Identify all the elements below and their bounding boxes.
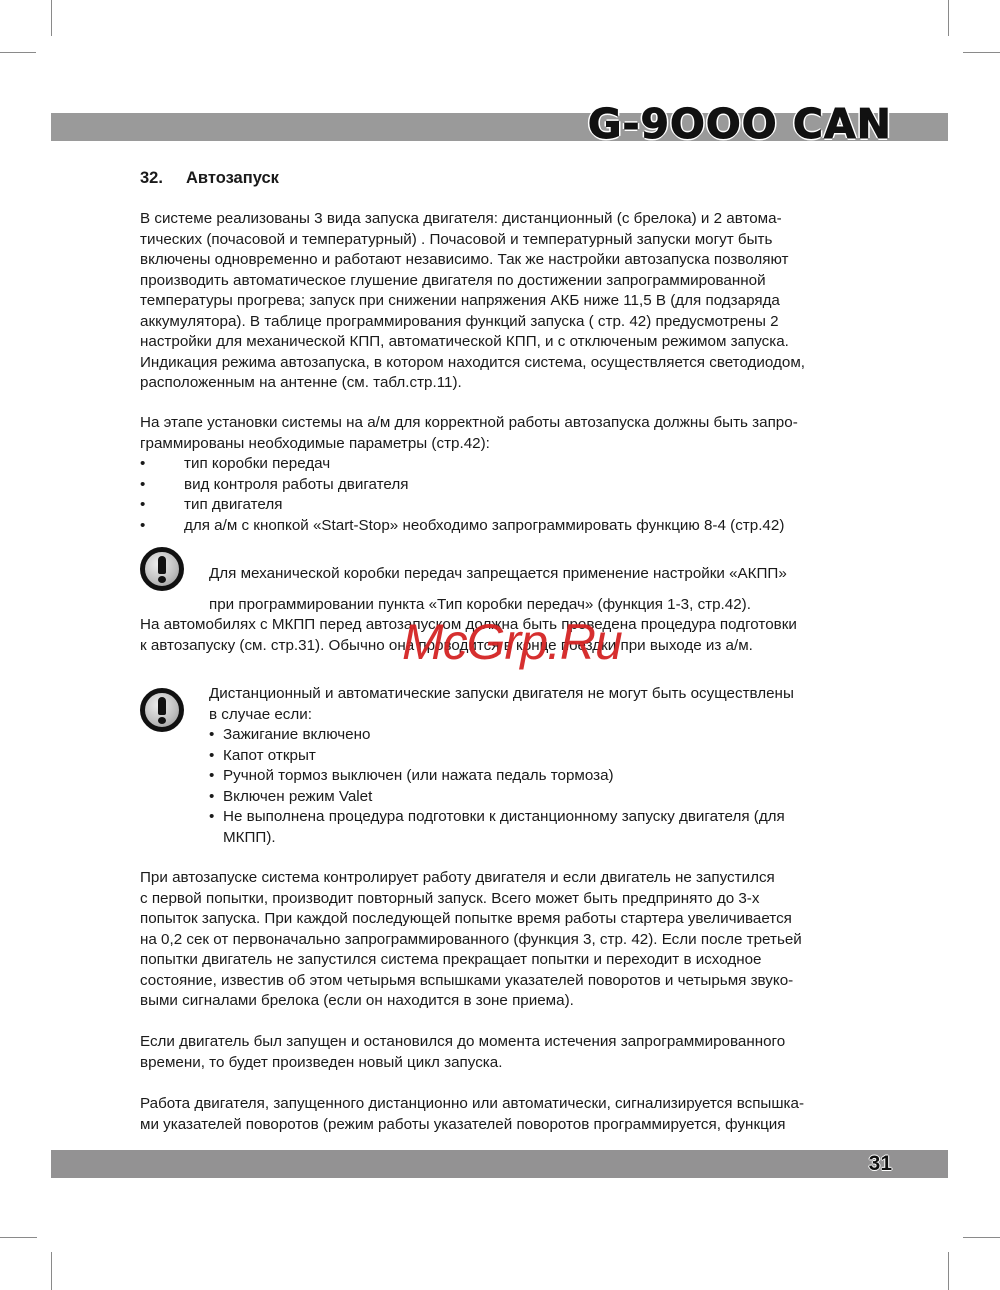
- list-item: •тип коробки передач: [140, 454, 784, 475]
- exclamation-warning-icon: [140, 547, 184, 591]
- warning-note: при программировании пункта «Тип коробки…: [209, 595, 751, 616]
- exclamation-warning-icon: [140, 688, 184, 732]
- install-params-list: •тип коробки передач •вид контроля работ…: [140, 454, 784, 536]
- warning-note: в случае если:: [209, 705, 312, 726]
- text-line: граммированы необходимые параметры (стр.…: [140, 434, 865, 455]
- bullet-icon: •: [140, 475, 184, 496]
- text-line: В системе реализованы 3 вида запуска дви…: [140, 209, 865, 230]
- list-item-text: Капот открыт: [223, 747, 316, 764]
- list-item-text: для а/м с кнопкой «Start-Stop» необходим…: [184, 517, 784, 534]
- watermark: McGrp.Ru: [402, 614, 622, 670]
- list-item-text: Ручной тормоз выключен (или нажата педал…: [223, 767, 614, 784]
- list-item: •для а/м с кнопкой «Start-Stop» необходи…: [140, 516, 784, 537]
- retry-paragraph: При автозапуске система контролирует раб…: [140, 868, 865, 1012]
- warning-note: Дистанционный и автоматические запуски д…: [209, 684, 794, 705]
- text-line: попытки двигатель не запустился система …: [140, 950, 865, 971]
- crop-mark: [948, 0, 949, 36]
- crop-mark: [51, 0, 52, 36]
- list-item-text: Зажигание включено: [223, 726, 370, 743]
- text-line: Если двигатель был запущен и остановился…: [140, 1032, 865, 1053]
- text-line: производить автоматическое глушение двиг…: [140, 271, 865, 292]
- crop-mark: [963, 1237, 1000, 1238]
- list-item-text: вид контроля работы двигателя: [184, 476, 408, 493]
- text-line: тических (почасовой и температурный) . П…: [140, 230, 865, 251]
- bullet-icon: •: [140, 516, 184, 537]
- text-line: аккумулятора). В таблице программировани…: [140, 312, 865, 333]
- list-item-text: тип коробки передач: [184, 455, 330, 472]
- text-line: выми сигналами брелока (если он находитс…: [140, 991, 865, 1012]
- text-line: ми указателей поворотов (режим работы ук…: [140, 1115, 865, 1136]
- text-line: температуры прогрева; запуск при снижени…: [140, 291, 865, 312]
- brand-title: G-9OOO CAN: [588, 100, 892, 148]
- text-line: При автозапуске система контролирует раб…: [140, 868, 865, 889]
- bullet-icon: •: [209, 766, 223, 787]
- bullet-icon: •: [140, 495, 184, 516]
- list-item-continuation: МКПП).: [209, 828, 785, 849]
- intro-paragraph: В системе реализованы 3 вида запуска дви…: [140, 209, 865, 394]
- section-title: Автозапуск: [186, 169, 279, 187]
- page-number: 31: [869, 1150, 892, 1178]
- text-line: попыток запуска. При каждой последующей …: [140, 909, 865, 930]
- crop-mark: [948, 1252, 949, 1290]
- section-number: 32.: [140, 167, 186, 189]
- text-line: Работа двигателя, запущенного дистанцион…: [140, 1094, 865, 1115]
- list-item: •Включен режим Valet: [209, 787, 785, 808]
- crop-mark: [0, 1237, 37, 1238]
- text-line: настройки для механической КПП, автомати…: [140, 332, 865, 353]
- list-item: •вид контроля работы двигателя: [140, 475, 784, 496]
- text-line: на 0,2 сек от первоначально запрограммир…: [140, 930, 865, 951]
- bullet-icon: •: [140, 454, 184, 475]
- list-item: •Не выполнена процедура подготовки к дис…: [209, 807, 785, 828]
- text-line: На этапе установки системы на а/м для ко…: [140, 413, 865, 434]
- install-paragraph: На этапе установки системы на а/м для ко…: [140, 413, 865, 454]
- text-line: расположенным на антенне (см. табл.стр.1…: [140, 373, 865, 394]
- list-item: •Капот открыт: [209, 746, 785, 767]
- list-item-text: тип двигателя: [184, 496, 282, 513]
- indication-paragraph: Работа двигателя, запущенного дистанцион…: [140, 1094, 865, 1135]
- start-block-conditions-list: •Зажигание включено •Капот открыт •Ручно…: [209, 725, 785, 848]
- text-line: состояние, известив об этом четырьмя всп…: [140, 971, 865, 992]
- list-item: •Ручной тормоз выключен (или нажата педа…: [209, 766, 785, 787]
- text-line: с первой попытки, производит повторный з…: [140, 889, 865, 910]
- bullet-icon: •: [209, 725, 223, 746]
- bullet-icon: •: [209, 746, 223, 767]
- crop-mark: [51, 1252, 52, 1290]
- bullet-icon: •: [209, 787, 223, 808]
- restart-paragraph: Если двигатель был запущен и остановился…: [140, 1032, 865, 1073]
- crop-mark: [963, 52, 1000, 53]
- crop-mark: [0, 52, 36, 53]
- section-heading: 32.Автозапуск: [140, 167, 279, 189]
- list-item-text: Включен режим Valet: [223, 788, 372, 805]
- text-line: включены одновременно и работают независ…: [140, 250, 865, 271]
- list-item: •Зажигание включено: [209, 725, 785, 746]
- bullet-icon: •: [209, 807, 223, 828]
- text-line: времени, то будет произведен новый цикл …: [140, 1053, 865, 1074]
- list-item: •тип двигателя: [140, 495, 784, 516]
- warning-note: Для механической коробки передач запреща…: [209, 564, 787, 585]
- list-item-text: Не выполнена процедура подготовки к дист…: [223, 808, 785, 825]
- text-line: Индикация режима автозапуска, в котором …: [140, 353, 865, 374]
- footer-bar: 31: [51, 1150, 948, 1178]
